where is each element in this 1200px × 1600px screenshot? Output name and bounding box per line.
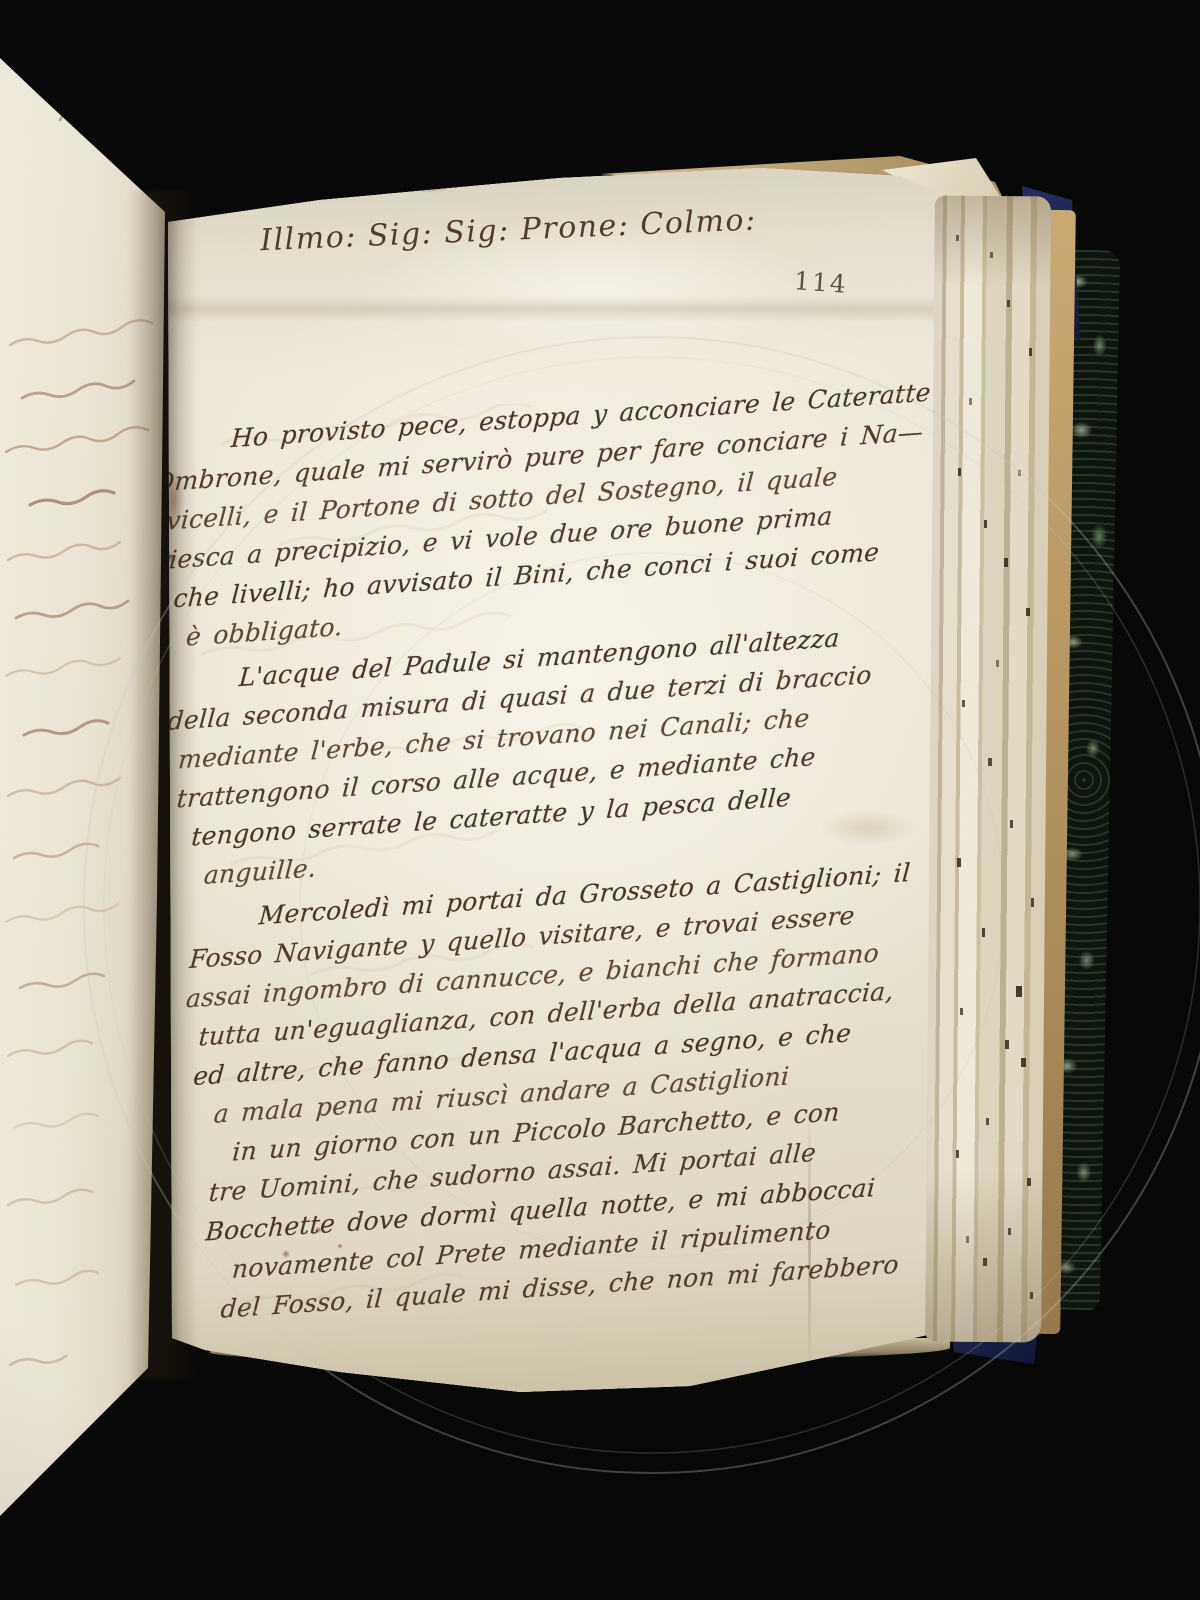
folio-number: 114 (793, 266, 849, 299)
letter-page: Illmo: Sig: Sig: Prone: Colmo: 114 Ho pr… (168, 168, 953, 1392)
paragraph: Mercoledì mi portai da Grosseto a Castig… (188, 846, 1045, 1329)
paragraph: L'acque del Padule si mantengono all'alt… (172, 607, 1016, 895)
binding-gutter-shadow (128, 190, 198, 1380)
letter-salutation: Illmo: Sig: Sig: Prone: Colmo: (260, 201, 801, 259)
manuscript-photo: Illmo: Sig: Sig: Prone: Colmo: 114 Ho pr… (0, 0, 1200, 1600)
fore-edge-page-stack (925, 196, 1051, 1343)
page-crease-horizontal (168, 296, 953, 322)
letter-body: Ho provisto pece, estoppa y acconciare l… (156, 369, 1045, 1334)
